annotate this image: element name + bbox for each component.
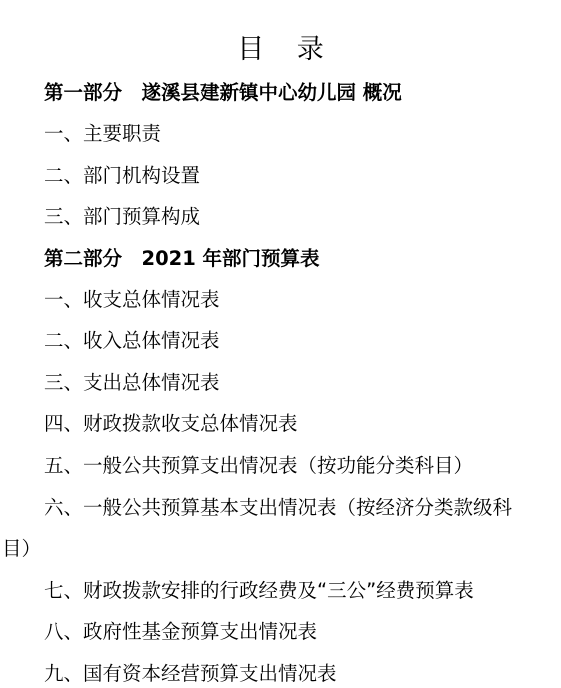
toc-item: 九、国有资本经营预算支出情况表 bbox=[44, 660, 337, 688]
toc-item: 三、部门预算构成 bbox=[44, 203, 200, 231]
toc-title: 目 录 bbox=[0, 32, 561, 68]
toc-item: 一、主要职责 bbox=[44, 120, 161, 148]
part2-heading: 第二部分 2021 年部门预算表 bbox=[44, 245, 320, 273]
toc-item: 二、收入总体情况表 bbox=[44, 327, 220, 355]
toc-item: 四、财政拨款收支总体情况表 bbox=[44, 410, 298, 438]
toc-item: 八、政府性基金预算支出情况表 bbox=[44, 618, 317, 646]
toc-item: 六、一般公共预算基本支出情况表（按经济分类款级科 bbox=[44, 494, 512, 522]
toc-item: 五、一般公共预算支出情况表（按功能分类科目） bbox=[44, 452, 473, 480]
toc-item: 一、收支总体情况表 bbox=[44, 286, 220, 314]
toc-item: 七、财政拨款安排的行政经费及“三公”经费预算表 bbox=[44, 577, 474, 605]
toc-item-continuation: 目） bbox=[2, 535, 41, 563]
toc-item: 二、部门机构设置 bbox=[44, 162, 200, 190]
toc-item: 三、支出总体情况表 bbox=[44, 369, 220, 397]
part1-heading: 第一部分 遂溪县建新镇中心幼儿园 概况 bbox=[44, 79, 402, 107]
